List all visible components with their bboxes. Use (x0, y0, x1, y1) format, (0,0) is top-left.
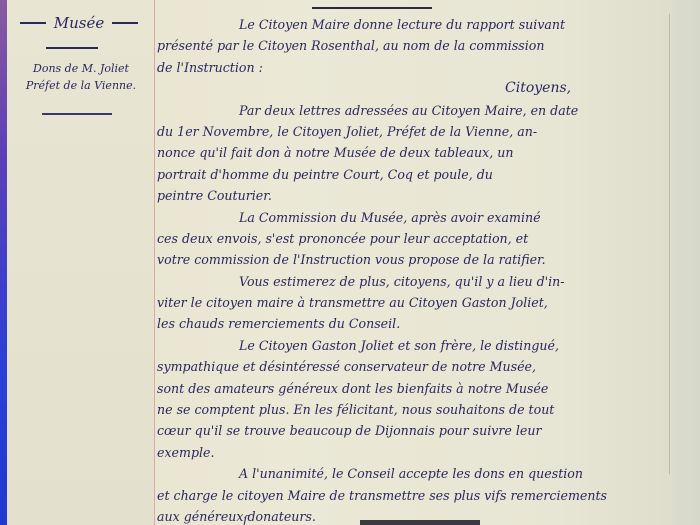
margin-heading: Musée (14, 14, 144, 32)
manuscript-line: Par deux lettres adressées au Citoyen Ma… (157, 100, 671, 121)
manuscript-line: de l'Instruction : (157, 57, 671, 78)
manuscript-line: Citoyens, (157, 78, 671, 99)
minutes-body: Le Citoyen Maire donne lecture du rappor… (157, 14, 671, 525)
manuscript-line: cœur qu'il se trouve beaucoup de Dijonna… (157, 420, 671, 441)
heading-dash-right (112, 22, 138, 24)
margin-heading-underline (46, 47, 98, 49)
manuscript-line: peintre Couturier. (157, 185, 671, 206)
manuscript-line: Le Citoyen Gaston Joliet et son frère, l… (157, 335, 671, 356)
book-binding-edge (0, 0, 7, 525)
margin-note-underline (42, 113, 112, 115)
manuscript-line: du 1er Novembre, le Citoyen Joliet, Préf… (157, 121, 671, 142)
margin-note-line: Préfet de la Vienne. (8, 77, 154, 94)
margin-rule-line (154, 0, 155, 525)
margin-note-line: Dons de M. Joliet (8, 60, 154, 77)
manuscript-line: Vous estimerez de plus, citoyens, qu'il … (157, 271, 671, 292)
margin-note: Dons de M. Joliet Préfet de la Vienne. (8, 60, 154, 94)
manuscript-line: votre commission de l'Instruction vous p… (157, 249, 671, 270)
manuscript-line: et charge le citoyen Maire de transmettr… (157, 485, 671, 506)
manuscript-line: les chauds remerciements du Conseil. (157, 313, 671, 334)
manuscript-line: présenté par le Citoyen Rosenthal, au no… (157, 35, 671, 56)
manuscript-line: exemple. (157, 442, 671, 463)
manuscript-line: viter le citoyen maire à transmettre au … (157, 292, 671, 313)
manuscript-line: ne se comptent plus. En les félicitant, … (157, 399, 671, 420)
manuscript-line: sont des amateurs généreux dont les bien… (157, 378, 671, 399)
heading-dash-left (20, 22, 46, 24)
page-right-edge (672, 0, 700, 525)
manuscript-line: Le Citoyen Maire donne lecture du rappor… (157, 14, 671, 35)
manuscript-line: ces deux envois, s'est prononcée pour le… (157, 228, 671, 249)
manuscript-line: sympathique et désintéressé conservateur… (157, 356, 671, 377)
manuscript-line: portrait d'homme du peintre Court, Coq e… (157, 164, 671, 185)
manuscript-line: La Commission du Musée, après avoir exam… (157, 207, 671, 228)
manuscript-line: nonce qu'il fait don à notre Musée de de… (157, 142, 671, 163)
next-paragraph-start-stroke: ſ (243, 513, 247, 525)
margin-heading-text: Musée (54, 14, 104, 32)
top-section-rule (312, 7, 432, 9)
manuscript-line: A l'unanimité, le Conseil accepte les do… (157, 463, 671, 484)
bottom-shadow-mark (360, 520, 480, 525)
